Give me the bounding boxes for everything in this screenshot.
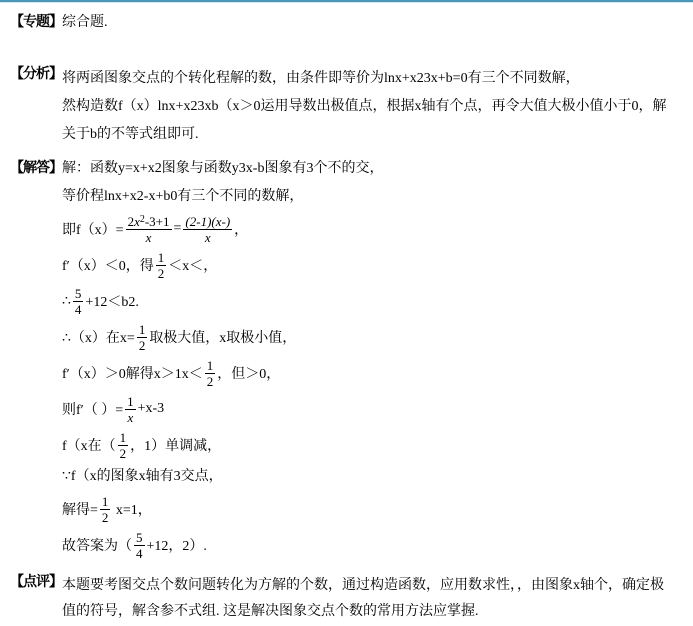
formula-text: f′（x）＜0，得 <box>62 255 154 275</box>
formula-line: f′（x）＞0解得x＞1x＜12，但＞0， <box>62 355 693 391</box>
fraction-numerator: 5 <box>73 286 84 302</box>
fraction-denominator: 2 <box>137 338 148 353</box>
analysis-label: 【分析】 <box>10 65 62 85</box>
fraction-denominator: 2 <box>100 510 111 525</box>
formula-part: 2 <box>120 446 127 461</box>
formula-part: 1 <box>102 494 109 509</box>
fraction-numerator: (2-1)(x-) <box>183 214 232 230</box>
formula-part: 5 <box>136 530 143 545</box>
fraction-numerator: 1 <box>100 494 111 510</box>
formula-part: x <box>127 410 133 425</box>
fraction-numerator: 1 <box>125 394 136 410</box>
topic-text: 综合题. <box>62 13 693 33</box>
formula-text: 解得= <box>62 499 98 519</box>
formula-part: 2 <box>139 338 146 353</box>
formula-text: f（x在（ <box>62 435 116 455</box>
formula-text: ∴（x）在x= <box>62 327 135 347</box>
fraction-denominator: 4 <box>73 302 84 317</box>
analysis-line: 然构造数f（x）lnx+x23xb（x＞0运用导数出极值点，根据x轴有个点，再令… <box>62 93 693 121</box>
formula-text: +x-3 <box>138 401 165 417</box>
formula-text: 故答案为（ <box>62 535 132 555</box>
formula-text: x=1， <box>112 499 151 519</box>
formula-part: 2 <box>102 510 109 525</box>
answer-content: 解：函数y=x+x2图象与函数y3x-b图象有3个不的交， 等价程lnx+x2-… <box>62 155 693 563</box>
formula-line: f′（x）＜0，得12＜x＜， <box>62 247 693 283</box>
fraction-denominator: x <box>203 230 213 245</box>
top-divider-soft <box>0 2 693 3</box>
formula-line: 即f（x）=2x2-3+1x=(2-1)(x-)x， <box>62 211 693 247</box>
formula-part: 1 <box>158 250 165 265</box>
fraction: 12 <box>100 494 111 525</box>
fraction: 12 <box>205 358 216 389</box>
analysis-line: 将两函图象交点的个转化程解的数，由条件即等价为lnx+x23x+b=0有三个不同… <box>62 65 693 93</box>
analysis-content: 将两函图象交点的个转化程解的数，由条件即等价为lnx+x23x+b=0有三个不同… <box>62 65 693 149</box>
formula-part: 1 <box>139 322 146 337</box>
fraction: 54 <box>73 286 84 317</box>
fraction-denominator: 4 <box>134 546 145 561</box>
formula-text: ，但＞0， <box>217 363 280 383</box>
answer-line: 解：函数y=x+x2图象与函数y3x-b图象有3个不的交， <box>62 155 693 183</box>
fraction-denominator: 2 <box>118 446 129 461</box>
answer-section: 【解答】 解：函数y=x+x2图象与函数y3x-b图象有3个不的交， 等价程ln… <box>0 155 693 563</box>
formula-line: ∴（x）在x=12取极大值，x取极小值， <box>62 319 693 355</box>
fraction-numerator: 1 <box>156 250 167 266</box>
fraction-numerator: 2x2-3+1 <box>126 214 172 230</box>
formula-part: 4 <box>136 546 143 561</box>
formula-line: 则f′（ ）=1x+x-3 <box>62 391 693 427</box>
fraction: 54 <box>134 530 145 561</box>
formula-part: 4 <box>75 302 82 317</box>
formula-text: 即f（x）= <box>62 219 124 239</box>
formula-line: 故答案为（54+12，2）. <box>62 527 693 563</box>
formula-part: 2 <box>207 374 214 389</box>
formula-part: -3+1 <box>145 214 170 229</box>
fraction-numerator: 1 <box>118 430 129 446</box>
formula-part: (2-1)(x-) <box>185 214 230 229</box>
comment-label: 【点评】 <box>10 573 62 593</box>
formula-text: = <box>174 221 182 237</box>
formula-part: x <box>205 230 211 245</box>
fraction: 12 <box>137 322 148 353</box>
fraction-numerator: 5 <box>134 530 145 546</box>
formula-part: 5 <box>75 286 82 301</box>
formula-line: ∴54+12＜b2. <box>62 283 693 319</box>
formula-part: x <box>146 230 152 245</box>
fraction: 12 <box>118 430 129 461</box>
formula-text: 则f′（ ）= <box>62 399 123 419</box>
fraction-denominator: 2 <box>156 266 167 281</box>
comment-line: 值的符号，解含参不式组. 这是解决图象交点个数的常用方法应掌握. <box>62 599 693 625</box>
formula-line: f（x在（12，1）单调减， <box>62 427 693 463</box>
comment-content: 本题要考图交点个数问题转化为方解的个数，通过构造函数，应用数求性，，由图象x轴个… <box>62 573 693 625</box>
fraction: (2-1)(x-)x <box>183 214 232 245</box>
formula-text: ＜x＜， <box>168 255 217 275</box>
fraction: 12 <box>156 250 167 281</box>
comment-line: 本题要考图交点个数问题转化为方解的个数，通过构造函数，应用数求性，，由图象x轴个… <box>62 573 693 599</box>
formula-text: ，1）单调减， <box>130 435 221 455</box>
formula-text: f′（x）＞0解得x＞1x＜ <box>62 363 203 383</box>
fraction-denominator: x <box>144 230 154 245</box>
formula-line: 解得=12 x=1， <box>62 491 693 527</box>
topic-label: 【专题】 <box>10 13 62 33</box>
fraction-numerator: 1 <box>137 322 148 338</box>
formula-text: +12，2）. <box>147 535 207 555</box>
formula-part: 1 <box>127 394 134 409</box>
fraction: 2x2-3+1x <box>126 214 172 245</box>
topic-section: 【专题】 综合题. <box>0 13 693 33</box>
fraction-numerator: 1 <box>205 358 216 374</box>
fraction: 1x <box>125 394 136 425</box>
formula-text: ， <box>234 219 248 239</box>
answer-line: ∵f（x的图象x轴有3交点， <box>62 463 693 491</box>
analysis-line: 关于b的不等式组即可. <box>62 121 693 149</box>
answer-label: 【解答】 <box>10 155 62 183</box>
formula-text: +12＜b2. <box>85 291 138 311</box>
formula-text: ∴ <box>62 293 71 310</box>
formula-part: 2 <box>158 266 165 281</box>
formula-part: 1 <box>120 430 127 445</box>
formula-part: 1 <box>207 358 214 373</box>
fraction-denominator: 2 <box>205 374 216 389</box>
formula-text: 取极大值，x取极小值， <box>149 327 296 347</box>
analysis-section: 【分析】 将两函图象交点的个转化程解的数，由条件即等价为lnx+x23x+b=0… <box>0 65 693 149</box>
comment-section: 【点评】 本题要考图交点个数问题转化为方解的个数，通过构造函数，应用数求性，，由… <box>0 573 693 625</box>
answer-line: 等价程lnx+x2-x+b0有三个不同的数解， <box>62 183 693 211</box>
fraction-denominator: x <box>125 410 135 425</box>
